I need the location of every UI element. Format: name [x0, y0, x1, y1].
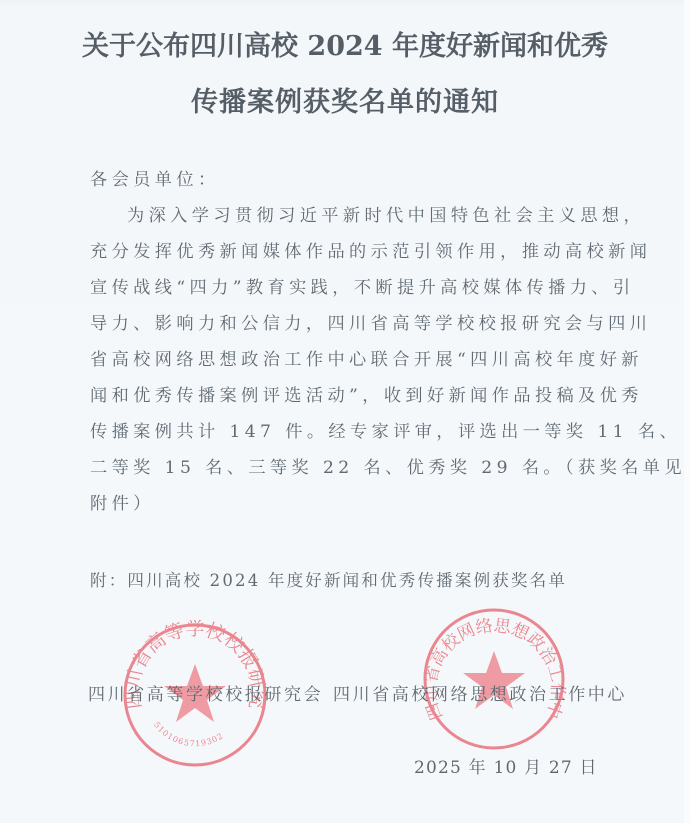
body-line-4: 导力、影响力和公信力，四川省高等学校校报研究会与四川 — [90, 314, 651, 334]
signatory-1: 四川省高等学校校报研究会 — [88, 680, 323, 705]
document-page: 关于公布四川高校 2024 年度好新闻和优秀 传播案例获奖名单的通知 各会员单位… — [0, 0, 690, 823]
body-line-5: 省高校网络思想政治工作中心联合开展“四川高校年度好新 — [90, 350, 643, 370]
body-line-6: 闻和优秀传播案例评选活动”，收到好新闻作品投稿及优秀 — [90, 386, 643, 406]
seal-code: 5101065719302 — [152, 720, 225, 748]
body-line-1: 为深入学习贯彻习近平新时代中国特色社会主义思想， — [127, 206, 645, 226]
attachment-note: 附：四川高校 2024 年度好新闻和优秀传播案例获奖名单 — [90, 571, 567, 591]
body-line-3: 宣传战线“四力”教育实践，不断提升高校媒体传播力、引 — [90, 278, 634, 298]
issue-date: 2025 年 10 月 27 日 — [414, 753, 598, 778]
document-title-line-2: 传播案例获奖名单的通知 — [0, 80, 690, 119]
greeting: 各会员单位： — [90, 170, 220, 190]
body-line-8: 二等奖 15 名、三等奖 22 名、优秀奖 29 名。（获奖名单见 — [90, 458, 686, 478]
body-line-7: 传播案例共计 147 件。经专家评审，评选出一等奖 11 名、 — [90, 422, 681, 442]
official-seal-icon: 四川省高校网络思想政治工作中心 — [421, 605, 567, 753]
body-line-9: 附件） — [90, 494, 155, 514]
page-edge — [684, 0, 690, 823]
signatory-2: 四川省高校网络思想政治工作中心 — [333, 680, 627, 705]
body-line-2: 充分发挥优秀新闻媒体作品的示范引领作用，推动高校新闻 — [90, 242, 651, 262]
document-title-line-1: 关于公布四川高校 2024 年度好新闻和优秀 — [0, 24, 690, 63]
